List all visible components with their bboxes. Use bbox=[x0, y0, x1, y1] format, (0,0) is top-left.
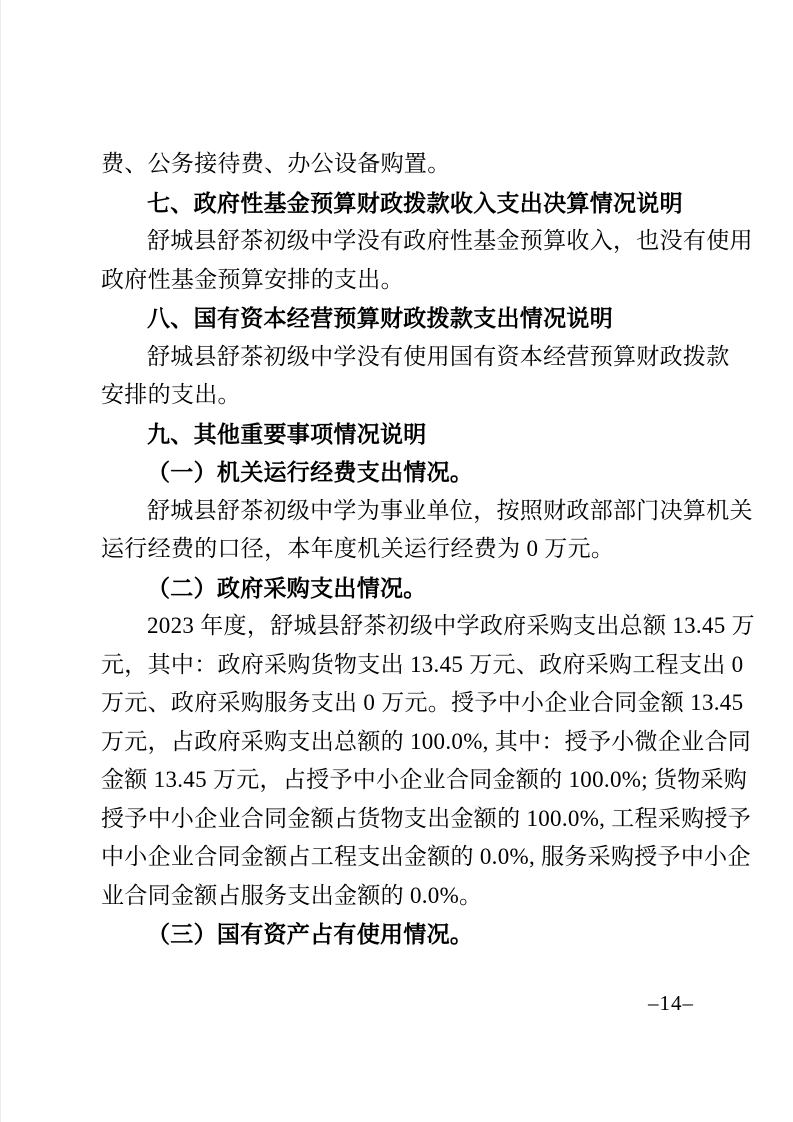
para-9-2-line-6: 授予中小企业合同金额占货物支出金额的 100.0%, 工程采购授予 bbox=[101, 800, 713, 839]
para-section-7-line-1: 舒城县舒茶初级中学没有政府性基金预算收入，也没有使用 bbox=[101, 222, 713, 261]
para-9-2-line-3: 万元、政府采购服务支出 0 万元。授予中小企业合同金额 13.45 bbox=[101, 684, 713, 723]
para-9-2-line-4: 万元，占政府采购支出总额的 100.0%, 其中：授予小微企业合同 bbox=[101, 723, 713, 762]
para-9-2-line-2: 元，其中：政府采购货物支出 13.45 万元、政府采购工程支出 0 bbox=[101, 646, 713, 685]
subheading-9-2: （二）政府采购支出情况。 bbox=[101, 569, 713, 608]
subheading-9-1: （一）机关运行经费支出情况。 bbox=[101, 453, 713, 492]
para-9-1-line-1: 舒城县舒茶初级中学为事业单位，按照财政部部门决算机关 bbox=[101, 492, 713, 531]
para-prev-continuation-line: 费、公务接待费、办公设备购置。 bbox=[101, 145, 713, 184]
para-9-2-line-7: 中小企业合同金额占工程支出金额的 0.0%, 服务采购授予中小企 bbox=[101, 838, 713, 877]
document-page: 费、公务接待费、办公设备购置。 七、政府性基金预算财政拨款收入支出决算情况说明 … bbox=[0, 0, 793, 1122]
para-9-1-line-2: 运行经费的口径，本年度机关运行经费为 0 万元。 bbox=[101, 530, 713, 569]
para-9-2-line-8: 业合同金额占服务支出金额的 0.0%。 bbox=[101, 877, 713, 916]
subheading-9-3: （三）国有资产占有使用情况。 bbox=[101, 915, 713, 954]
page-number: –14– bbox=[648, 991, 694, 1015]
heading-section-8: 八、国有资本经营预算财政拨款支出情况说明 bbox=[101, 299, 713, 338]
para-section-8-line-1: 舒城县舒茶初级中学没有使用国有资本经营预算财政拨款 bbox=[101, 338, 713, 377]
heading-section-7: 七、政府性基金预算财政拨款收入支出决算情况说明 bbox=[101, 184, 713, 223]
para-section-8-line-2: 安排的支出。 bbox=[101, 376, 713, 415]
para-section-7-line-2: 政府性基金预算安排的支出。 bbox=[101, 261, 713, 300]
para-9-2-line-1: 2023 年度，舒城县舒茶初级中学政府采购支出总额 13.45 万 bbox=[101, 607, 713, 646]
para-9-2-line-5: 金额 13.45 万元，占授予中小企业合同金额的 100.0%; 货物采购 bbox=[101, 761, 713, 800]
heading-section-9: 九、其他重要事项情况说明 bbox=[101, 415, 713, 454]
document-body: 费、公务接待费、办公设备购置。 七、政府性基金预算财政拨款收入支出决算情况说明 … bbox=[101, 145, 713, 954]
